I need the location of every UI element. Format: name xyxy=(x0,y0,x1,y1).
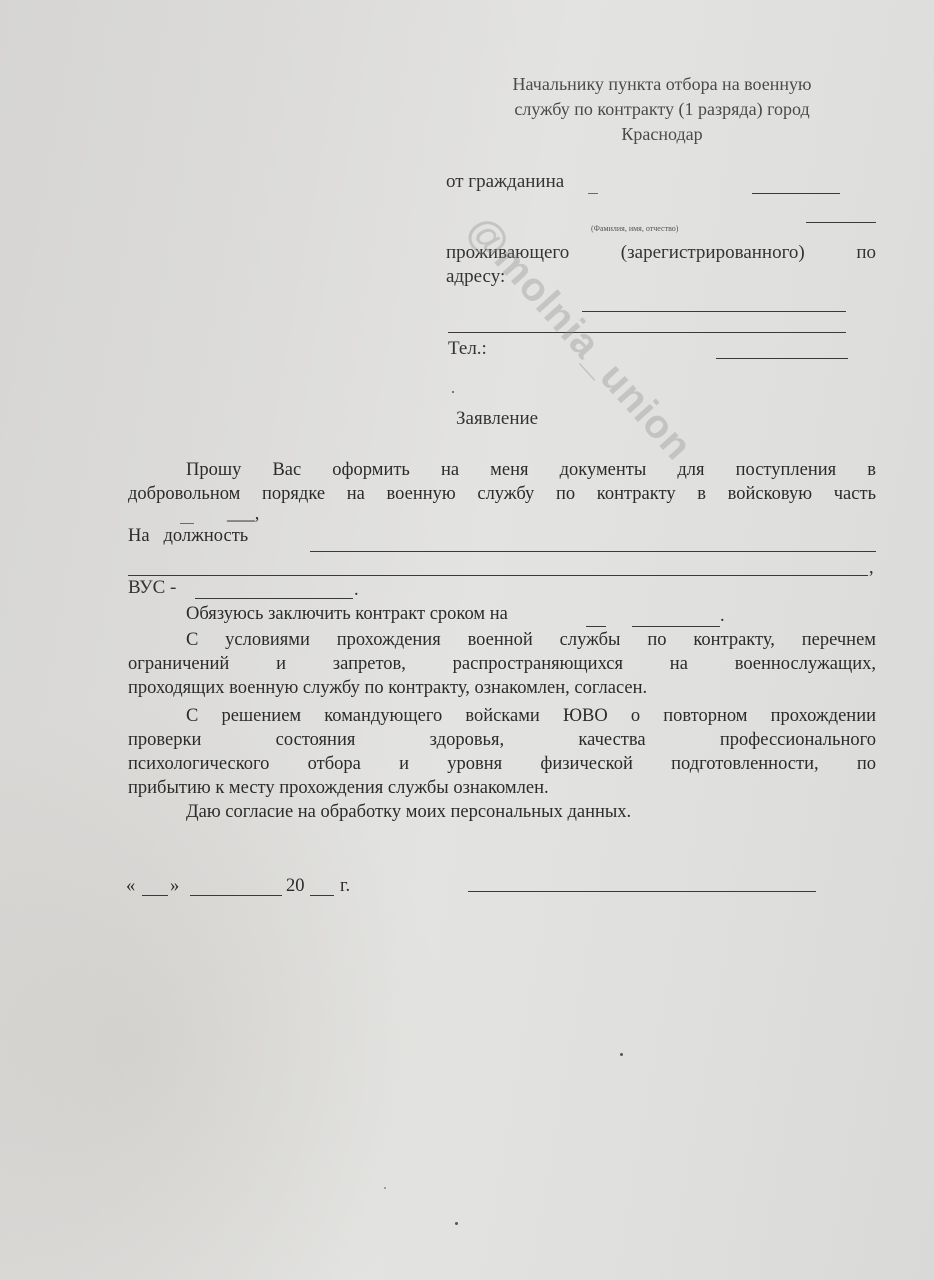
position-comma: , xyxy=(869,558,874,579)
p4-line-3: психологического отбора и уровня физичес… xyxy=(128,752,876,776)
address-blank-2[interactable] xyxy=(448,332,846,333)
signature-blank[interactable] xyxy=(468,891,816,892)
p4-line-2: проверки состояния здоровья, качества пр… xyxy=(128,728,876,752)
vus-period: . xyxy=(354,580,359,601)
vus-blank[interactable] xyxy=(195,598,353,599)
date-quote-open: « xyxy=(126,876,135,897)
date-day-blank[interactable] xyxy=(142,895,168,896)
p4-line-1: С решением командующего войсками ЮВО о п… xyxy=(186,704,876,728)
position-blank-2[interactable] xyxy=(128,575,868,576)
phone-label: Тел.: xyxy=(448,338,487,360)
p5-consent: Даю согласие на обработку моих персональ… xyxy=(186,800,876,824)
speck xyxy=(452,391,454,393)
p3-line-3: проходящих военную службу по контракту, … xyxy=(128,676,876,700)
p1-line-1: Прошу Вас оформить на меня документы для… xyxy=(186,458,876,482)
position-label: На должность xyxy=(128,526,248,547)
unit-blank[interactable]: ___, xyxy=(227,504,259,525)
fio-caption: (Фамилия, имя, отчество) xyxy=(591,224,678,233)
date-year-blank[interactable] xyxy=(310,895,334,896)
addressee-line-1: Начальнику пункта отбора на военную xyxy=(462,72,862,97)
from-citizen-blank[interactable] xyxy=(752,193,840,194)
p3-line-1: С условиями прохождения военной службы п… xyxy=(186,628,876,652)
address-label: адресу: xyxy=(446,266,505,288)
addressee-block: Начальнику пункта отбора на военную служ… xyxy=(462,72,862,147)
document-page: Начальнику пункта отбора на военную служ… xyxy=(0,0,934,1280)
date-year-suffix: г. xyxy=(340,876,350,897)
contract-term-unit-blank[interactable] xyxy=(632,626,720,627)
speck xyxy=(384,1187,386,1189)
p1-line-2: добровольном порядке на военную службу п… xyxy=(128,482,876,506)
p3-line-2: ограничений и запретов, распространяющих… xyxy=(128,652,876,676)
contract-line: Обязуюсь заключить контракт сроком на xyxy=(186,604,508,625)
from-citizen-blank-start xyxy=(588,193,598,194)
contract-term-number-blank[interactable] xyxy=(586,626,606,627)
fio-blank[interactable] xyxy=(806,222,876,223)
unit-blank-dash xyxy=(180,523,194,524)
p4-line-4: прибытию к месту прохождения службы озна… xyxy=(128,776,876,800)
phone-blank[interactable] xyxy=(716,358,848,359)
vus-label: ВУС - xyxy=(128,577,176,599)
date-year-prefix: 20 xyxy=(286,876,305,897)
date-quote-close: » xyxy=(170,876,179,897)
address-blank-1[interactable] xyxy=(582,311,846,312)
speck xyxy=(455,1222,458,1225)
position-blank-1[interactable] xyxy=(310,551,876,552)
addressee-line-2: службу по контракту (1 разряда) город xyxy=(462,97,862,122)
document-title: Заявление xyxy=(456,408,538,430)
speck xyxy=(620,1053,623,1056)
addressee-line-3: Краснодар xyxy=(462,122,862,147)
from-citizen-label: от гражданина xyxy=(446,171,564,193)
residing-line: проживающего (зарегистрированного) по xyxy=(446,242,876,264)
date-month-blank[interactable] xyxy=(190,895,282,896)
contract-period: . xyxy=(720,606,725,627)
